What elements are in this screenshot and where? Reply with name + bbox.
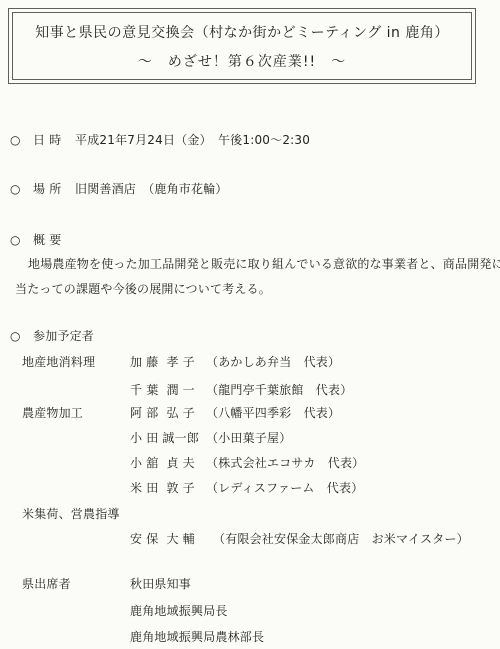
document-title: 知事と県民の意見交換会（村なか街かどミーティング in 鹿角） [35, 22, 449, 42]
participant-name: 阿 部 弘 子 [130, 406, 195, 421]
overview-text-line1: 地場農産物を使った加工品開発と販売に取り組んでいる意欲的な事業者と、商品開発に [28, 257, 500, 272]
document-page: 知事と県民の意見交換会（村なか街かどミーティング in 鹿角） ～ めざせ！第６… [0, 0, 500, 649]
participant-name: 千 葉 潤 一 [130, 383, 195, 398]
participant-category: 米集荷、営農指導 [22, 507, 120, 522]
place-value: 旧関善酒店 （鹿角市花輪） [75, 182, 228, 197]
participant-name: 安 保 大 輔 [130, 532, 195, 547]
section-bullet: ○ [10, 233, 21, 248]
place-label: 場 所 [33, 182, 61, 197]
participant-category: 農産物加工 [22, 406, 83, 421]
attendee-item: 秋田県知事 [130, 577, 191, 592]
participant-name: 加 藤 孝 子 [130, 355, 195, 370]
title-box-inner: 知事と県民の意見交換会（村なか街かどミーティング in 鹿角） ～ めざせ！第６… [12, 12, 472, 80]
section-bullet: ○ [10, 133, 21, 148]
attendee-item: 鹿角地域振興局農林部長 [130, 630, 264, 645]
participant-name: 小 舘 貞 夫 [130, 456, 195, 471]
datetime-label: 日 時 [33, 133, 61, 148]
title-box: 知事と県民の意見交換会（村なか街かどミーティング in 鹿角） ～ めざせ！第６… [8, 8, 476, 84]
participant-name: 米 田 敦 子 [130, 481, 195, 496]
overview-text-line2: 当たっての課題や今後の展開について考える。 [15, 282, 271, 297]
overview-label: 概 要 [33, 233, 61, 248]
datetime-value: 平成21年7月24日（金） 午後1:00～2:30 [75, 133, 310, 148]
participant-name: 小 田 誠一郎 [130, 431, 199, 446]
attendee-item: 鹿角地域振興局長 [130, 604, 228, 619]
participants-heading: 参加予定者 [33, 329, 94, 344]
participant-affiliation: （龍門亭千葉旅館 代表） [206, 383, 352, 398]
participant-affiliation: （小田菓子屋） [206, 431, 291, 446]
attendees-heading: 県出席者 [22, 577, 71, 592]
participant-affiliation: （あかしあ弁当 代表） [206, 355, 340, 370]
participant-affiliation: （有限会社安保金太郎商店 お米マイスター） [213, 532, 469, 547]
participant-affiliation: （八幡平四季彩 代表） [206, 406, 340, 421]
section-bullet: ○ [10, 329, 21, 344]
participant-affiliation: （株式会社エコサカ 代表） [206, 456, 364, 471]
participant-category: 地産地消料理 [22, 355, 95, 370]
participant-affiliation: （レディスファーム 代表） [206, 481, 363, 496]
document-subtitle: ～ めざせ！第６次産業!! ～ [138, 51, 346, 71]
section-bullet: ○ [10, 182, 21, 197]
